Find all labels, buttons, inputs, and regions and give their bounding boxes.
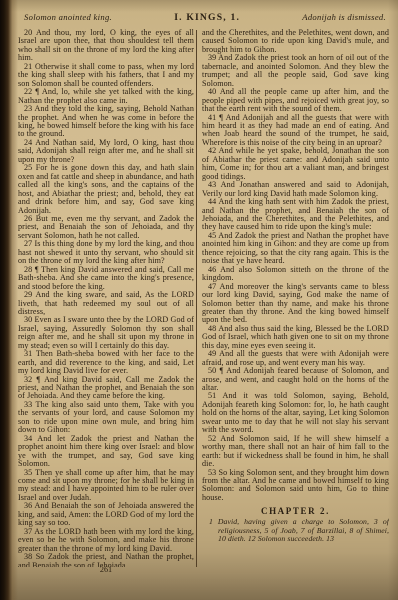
verse-42: 42 And while he yet spake, behold, Jonat… (202, 147, 389, 181)
verse-36: 36 And Benaiah the son of Jehoiada answe… (18, 502, 194, 527)
verse-25: 25 For he is gone down this day, and hat… (18, 164, 194, 215)
verse-41: 41 ¶ And Adonijah and all the guests tha… (202, 114, 389, 148)
chapter-2-heading: CHAPTER 2. (202, 506, 389, 516)
verse-45: 45 And Zadok the priest and Nathan the p… (202, 232, 389, 266)
verse-43: 43 And Jonathan answered and said to Ado… (202, 181, 389, 198)
right-column: and the Cherethites, and the Pelethites,… (197, 29, 389, 567)
verse-20: 20 And thou, my lord, O king, the eyes o… (18, 29, 194, 63)
right-running-head: Adonijah is dismissed. (302, 12, 386, 22)
verse-26: 26 But me, even me thy servant, and Zado… (18, 215, 194, 240)
running-head: Solomon anointed king. I. KINGS, 1. Adon… (24, 12, 386, 23)
verse-35: 35 Then ye shall come up after him, that… (18, 469, 194, 503)
verse-29: 29 And the king sware, and said, As the … (18, 291, 194, 316)
verse-52: 52 And Solomon said, If he will shew him… (202, 435, 389, 469)
right-edge-shade (388, 0, 398, 600)
verse-33: 33 The king also said unto them, Take wi… (18, 401, 194, 435)
verse-46: 46 And also Solomon sitteth on the thron… (202, 266, 389, 283)
book-chapter-title: I. KINGS, 1. (174, 12, 240, 23)
verse-40: 40 And all the people came up after him,… (202, 88, 389, 113)
verse-22: 22 ¶ And, lo, while she yet talked with … (18, 88, 194, 105)
verse-44: 44 And the king hath sent with him Zadok… (202, 198, 389, 232)
verse-24: 24 And Nathan said, My lord, O king, has… (18, 139, 194, 164)
verse-51: 51 And it was told Solomon, saying, Beho… (202, 392, 389, 434)
verse-37: 37 As the LORD hath been with my lord th… (18, 528, 194, 553)
verse-34: 34 And let Zadok the priest and Nathan t… (18, 435, 194, 469)
verse-38-continuation: and the Cherethites, and the Pelethites,… (202, 29, 389, 54)
bible-page: Solomon anointed king. I. KINGS, 1. Adon… (0, 0, 398, 600)
verse-30: 30 Even as I sware unto thee by the LORD… (18, 316, 194, 350)
verse-27: 27 Is this thing done by my lord the kin… (18, 240, 194, 265)
verse-28: 28 ¶ Then king David answered and said, … (18, 266, 194, 291)
verse-50: 50 ¶ And Adonijah feared because of Solo… (202, 367, 389, 392)
book-gutter-shadow (0, 0, 18, 600)
left-column: 20 And thou, my lord, O king, the eyes o… (18, 29, 194, 567)
right-column-verses: 39 And Zadok the priest took an horn of … (202, 54, 389, 502)
left-running-head: Solomon anointed king. (24, 12, 112, 22)
verse-32: 32 ¶ And king David said, Call me Zadok … (18, 376, 194, 401)
verse-53: 53 So king Solomon sent, and they brough… (202, 469, 389, 503)
verse-48: 48 And also thus said the king, Blessed … (202, 325, 389, 350)
top-edge-shade (0, 0, 398, 12)
verse-49: 49 And all the guests that were with Ado… (202, 350, 389, 367)
verse-21: 21 Otherwise it shall come to pass, when… (18, 63, 194, 88)
verse-39: 39 And Zadok the priest took an horn of … (202, 54, 389, 88)
text-columns: 20 And thou, my lord, O king, the eyes o… (18, 29, 389, 567)
bottom-edge-shade (0, 552, 398, 600)
chapter-2-summary: 1 David, having given a charge to Solomo… (202, 518, 389, 543)
verse-23: 23 And they told the king, saying, Behol… (18, 105, 194, 139)
verse-47: 47 And moreover the king's servants came… (202, 283, 389, 325)
verse-31: 31 Then Bath-sheba bowed with her face t… (18, 350, 194, 375)
